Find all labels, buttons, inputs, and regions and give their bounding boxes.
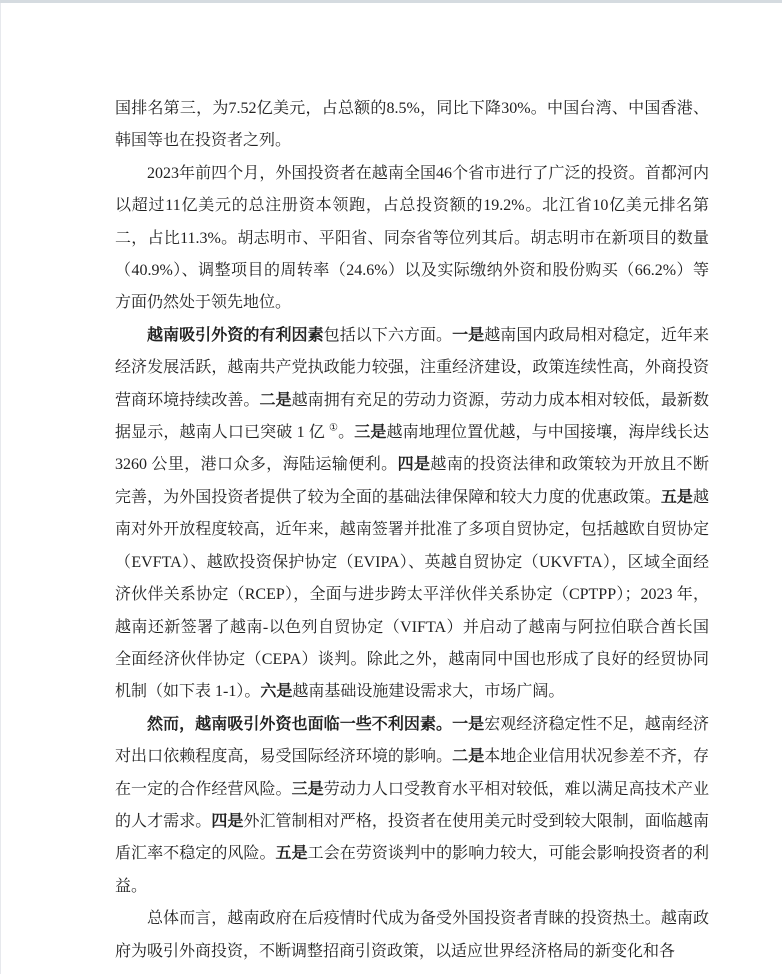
text-run: 总体而言，越南政府在后疫情时代成为备受外国投资者青睐的投资热土。越南政府为吸引外… <box>115 910 709 959</box>
text-run-bold: 二是 <box>260 392 292 409</box>
text-run: 包括以下六方面。 <box>324 327 452 344</box>
text-run-bold: 四是 <box>398 456 431 473</box>
text-run-bold: 二是 <box>452 748 484 765</box>
text-run-bold: 然而，越南吸引外资也面临一些不利因素。 <box>147 716 452 733</box>
text-run-bold: 四是 <box>211 813 243 830</box>
paragraph-1: 国排名第三，为7.52亿美元，占总额的8.5%，同比下降30%。中国台湾、中国香… <box>115 93 709 158</box>
text-run-bold: 一是 <box>452 327 484 344</box>
text-run: 国排名第三，为7.52亿美元，占总额的8.5%，同比下降30%。中国台湾、中国香… <box>115 100 709 149</box>
paragraph-2: 2023年前四个月，外国投资者在越南全国46个省市进行了广泛的投资。首都河内以超… <box>115 158 709 320</box>
paragraph-5: 总体而言，越南政府在后疫情时代成为备受外国投资者青睐的投资热土。越南政府为吸引外… <box>115 903 709 968</box>
text-run: 越南基础设施建设需求大，市场广阔。 <box>292 683 564 700</box>
footnote-marker: ① <box>329 423 338 434</box>
paragraph-3: 越南吸引外资的有利因素包括以下六方面。一是越南国内政局相对稳定，近年来经济发展活… <box>115 320 709 709</box>
text-run-bold: 六是 <box>260 683 292 700</box>
text-run-bold: 五是 <box>276 845 308 862</box>
text-run: 越南对外开放程度较高，近年来，越南签署并批准了多项自贸协定，包括越欧自贸协定（E… <box>115 489 709 700</box>
text-run: 2023年前四个月，外国投资者在越南全国46个省市进行了广泛的投资。首都河内以超… <box>115 165 709 312</box>
text-run-bold: 三是 <box>292 781 324 798</box>
paragraph-4: 然而，越南吸引外资也面临一些不利因素。一是宏观经济稳定性不足，越南经济对出口依赖… <box>115 709 709 903</box>
text-run-bold: 三是 <box>354 424 386 441</box>
text-run-bold: 越南吸引外资的有利因素 <box>147 327 324 344</box>
document-page: 国排名第三，为7.52亿美元，占总额的8.5%，同比下降30%。中国台湾、中国香… <box>0 0 782 974</box>
text-run: 。 <box>338 424 354 441</box>
page-left-edge <box>0 3 1 974</box>
text-run-bold: 五是 <box>661 489 693 506</box>
text-run-bold: 一是 <box>452 716 484 733</box>
document-text: 国排名第三，为7.52亿美元，占总额的8.5%，同比下降30%。中国台湾、中国香… <box>115 93 709 968</box>
